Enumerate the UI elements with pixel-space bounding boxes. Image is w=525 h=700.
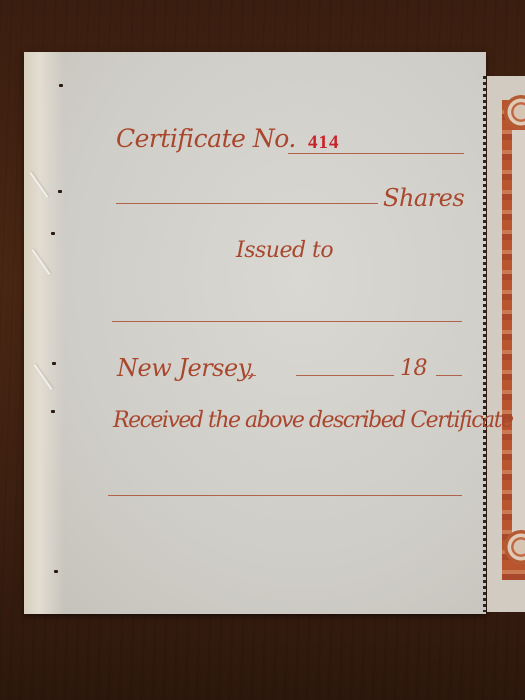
- binding-hole: [51, 232, 55, 235]
- shares-line: [116, 203, 378, 204]
- perforation: [483, 76, 486, 612]
- certificate-inner-panel: [512, 130, 525, 550]
- issued-to-label: Issued to: [236, 238, 333, 263]
- bound-edge: [24, 52, 64, 614]
- year-prefix: 18: [400, 356, 427, 381]
- binding-hole: [58, 190, 62, 193]
- shares-label: Shares: [383, 184, 464, 212]
- place-label: New Jersey,: [117, 354, 255, 382]
- binding-hole: [51, 410, 55, 413]
- certificate-label: Certificate No.: [116, 124, 296, 153]
- signature-line: [108, 495, 462, 496]
- date-dash: [248, 375, 256, 376]
- year-line: [436, 375, 462, 376]
- issued-to-line: [112, 321, 462, 322]
- binding-hole: [54, 570, 58, 573]
- received-label: Received the above described Certificate: [113, 408, 513, 433]
- binding-hole: [52, 362, 56, 365]
- date-line: [296, 375, 394, 376]
- certificate-number-line: [288, 153, 464, 154]
- binding-hole: [59, 84, 63, 87]
- certificate-number: 414: [308, 132, 340, 154]
